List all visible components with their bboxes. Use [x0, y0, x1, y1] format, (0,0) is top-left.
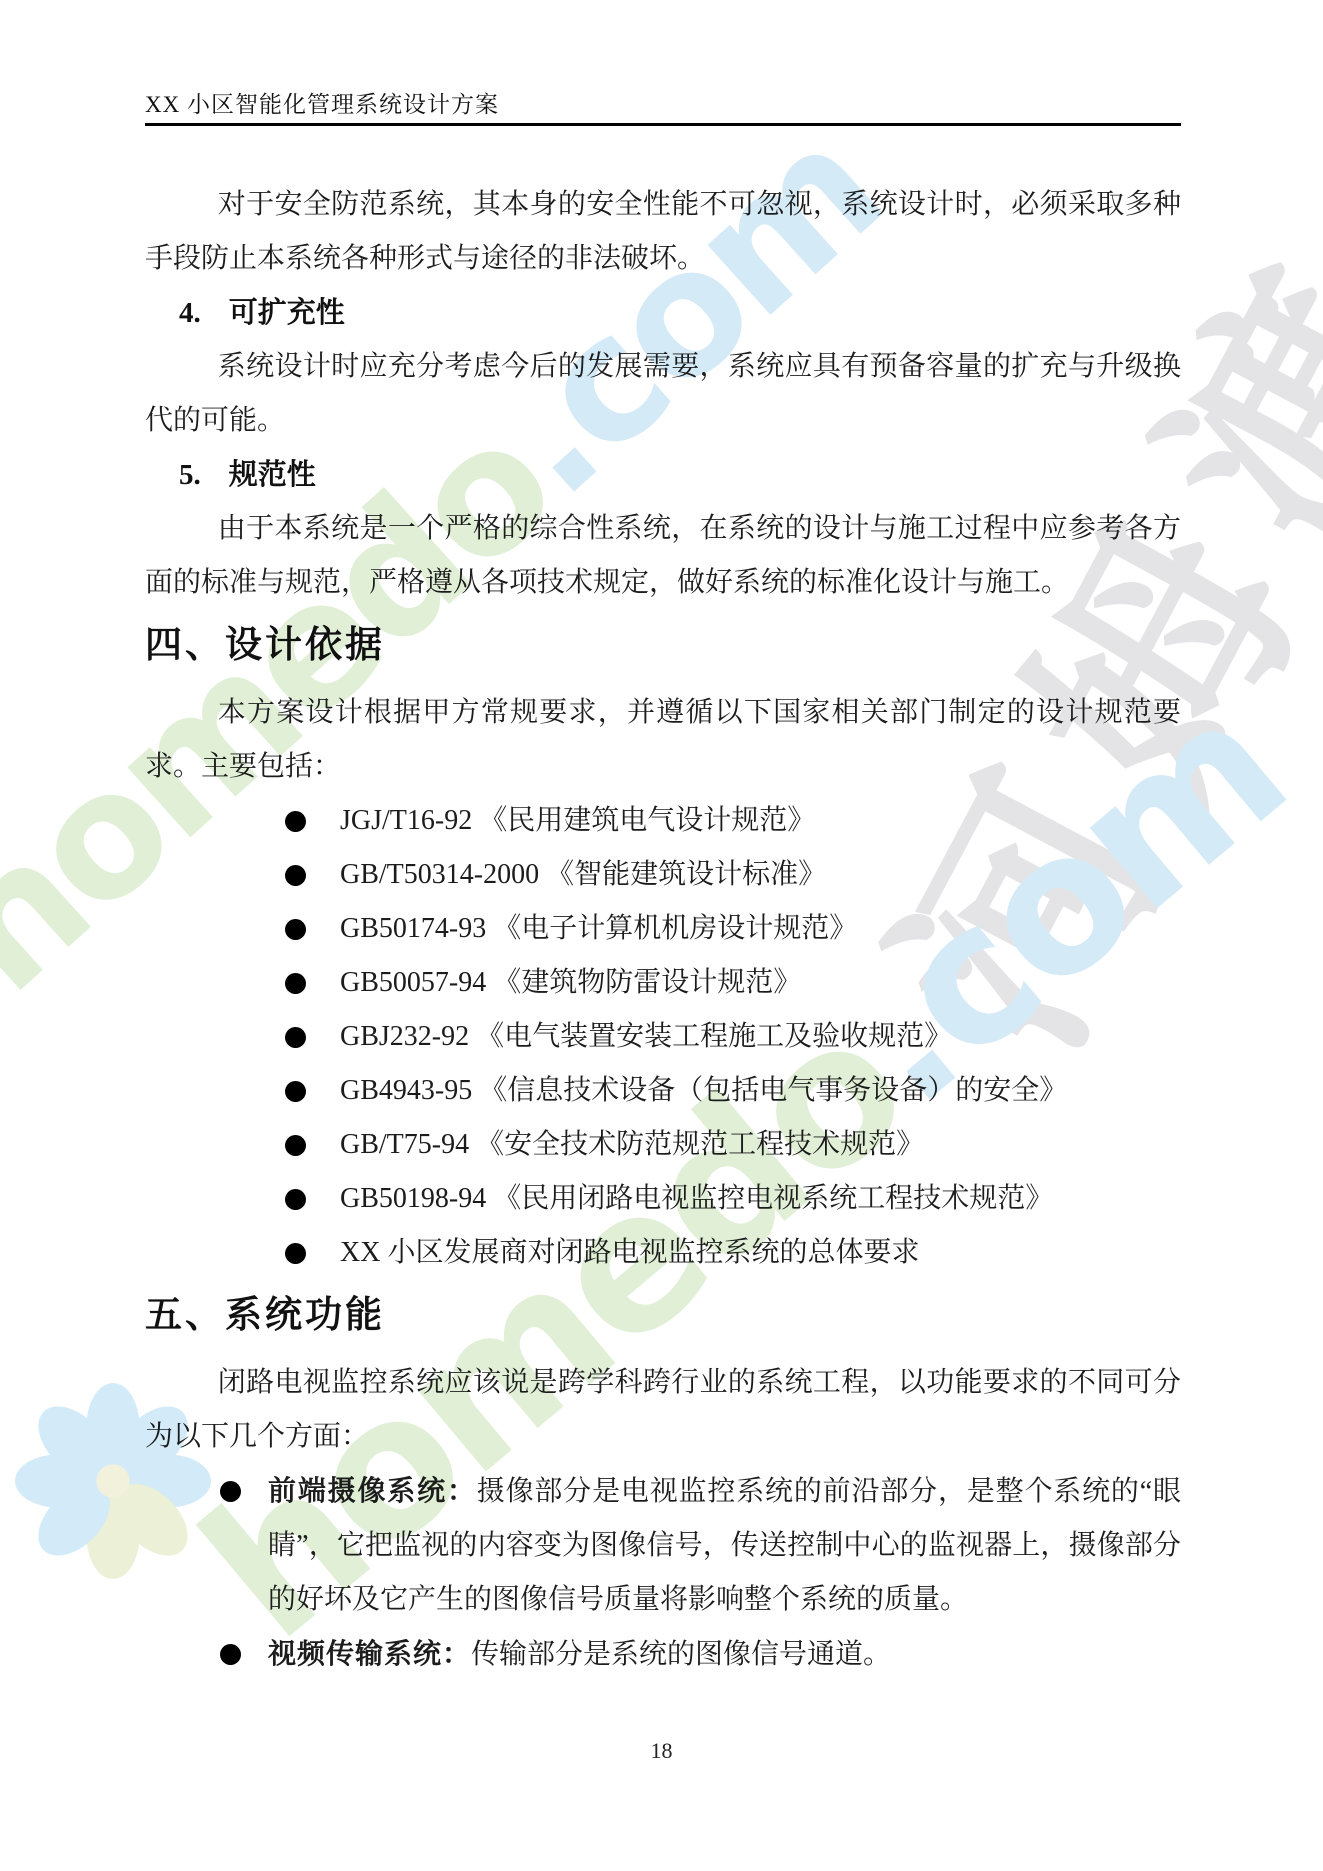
heading-standardization: 5.规范性	[145, 448, 1181, 502]
design-basis-item-text: GB/T50314-2000 《智能建筑设计标准》	[340, 859, 826, 890]
paragraph-design-basis-intro: 本方案设计根据甲方常规要求，并遵循以下国家相关部门制定的设计规范要求。主要包括：	[145, 686, 1181, 794]
function-item-label: 视频传输系统：	[268, 1638, 471, 1669]
function-item-transmission: 视频传输系统：传输部分是系统的图像信号通道。	[145, 1627, 1181, 1682]
design-basis-item-text: GB/T75-94 《安全技术防范规范工程技术规范》	[340, 1129, 924, 1160]
design-basis-list: JGJ/T16-92 《民用建筑电气设计规范》 GB/T50314-2000 《…	[145, 794, 1181, 1280]
function-item-label: 前端摄像系统：	[268, 1475, 477, 1506]
system-functions-list: 前端摄像系统：摄像部分是电视监控系统的前沿部分，是整个系统的“眼睛”，它把监视的…	[145, 1464, 1181, 1682]
heading-system-functions: 五、系统功能	[145, 1284, 1181, 1346]
heading-design-basis: 四、设计依据	[145, 614, 1181, 676]
function-item-camera: 前端摄像系统：摄像部分是电视监控系统的前沿部分，是整个系统的“眼睛”，它把监视的…	[145, 1464, 1181, 1627]
design-basis-item: GB50198-94 《民用闭路电视监控电视系统工程技术规范》	[145, 1172, 1181, 1226]
page-number: 18	[0, 1738, 1323, 1764]
heading-text: 规范性	[229, 459, 316, 491]
paragraph-security: 对于安全防范系统，其本身的安全性能不可忽视，系统设计时，必须采取多种手段防止本系…	[145, 178, 1181, 286]
function-item-text: 传输部分是系统的图像信号通道。	[471, 1639, 891, 1670]
document-content: 对于安全防范系统，其本身的安全性能不可忽视，系统设计时，必须采取多种手段防止本系…	[145, 178, 1181, 1682]
design-basis-item: JGJ/T16-92 《民用建筑电气设计规范》	[145, 794, 1181, 848]
design-basis-item: GBJ232-92 《电气装置安装工程施工及验收规范》	[145, 1010, 1181, 1064]
design-basis-item-text: JGJ/T16-92 《民用建筑电气设计规范》	[340, 805, 815, 836]
design-basis-item-text: GB50057-94 《建筑物防雷设计规范》	[340, 967, 801, 998]
heading-expandability: 4.可扩充性	[145, 286, 1181, 340]
design-basis-item: XX 小区发展商对闭路电视监控系统的总体要求	[145, 1226, 1181, 1280]
page-header-title: XX 小区智能化管理系统设计方案	[145, 86, 499, 119]
design-basis-item-text: GB4943-95 《信息技术设备（包括电气事务设备）的安全》	[340, 1075, 1067, 1106]
design-basis-item-text: XX 小区发展商对闭路电视监控系统的总体要求	[340, 1237, 919, 1268]
design-basis-item-text: GB50198-94 《民用闭路电视监控电视系统工程技术规范》	[340, 1183, 1053, 1214]
design-basis-item: GB/T50314-2000 《智能建筑设计标准》	[145, 848, 1181, 902]
design-basis-item: GB50057-94 《建筑物防雷设计规范》	[145, 956, 1181, 1010]
document-page: 河姆渡 homedo.com homedo.com XX 小区智能化管理系统设计…	[0, 0, 1323, 1871]
heading-text: 可扩充性	[229, 297, 345, 329]
design-basis-item: GB/T75-94 《安全技术防范规范工程技术规范》	[145, 1118, 1181, 1172]
design-basis-item-text: GB50174-93 《电子计算机机房设计规范》	[340, 913, 857, 944]
heading-number: 5.	[179, 459, 201, 491]
heading-number: 4.	[179, 297, 201, 329]
paragraph-expandability: 系统设计时应充分考虑今后的发展需要，系统应具有预备容量的扩充与升级换代的可能。	[145, 340, 1181, 448]
paragraph-system-functions-intro: 闭路电视监控系统应该说是跨学科跨行业的系统工程，以功能要求的不同可分为以下几个方…	[145, 1356, 1181, 1464]
design-basis-item: GB50174-93 《电子计算机机房设计规范》	[145, 902, 1181, 956]
design-basis-item: GB4943-95 《信息技术设备（包括电气事务设备）的安全》	[145, 1064, 1181, 1118]
design-basis-item-text: GBJ232-92 《电气装置安装工程施工及验收规范》	[340, 1021, 952, 1052]
header-rule	[145, 123, 1181, 126]
paragraph-standardization: 由于本系统是一个严格的综合性系统，在系统的设计与施工过程中应参考各方面的标准与规…	[145, 502, 1181, 610]
